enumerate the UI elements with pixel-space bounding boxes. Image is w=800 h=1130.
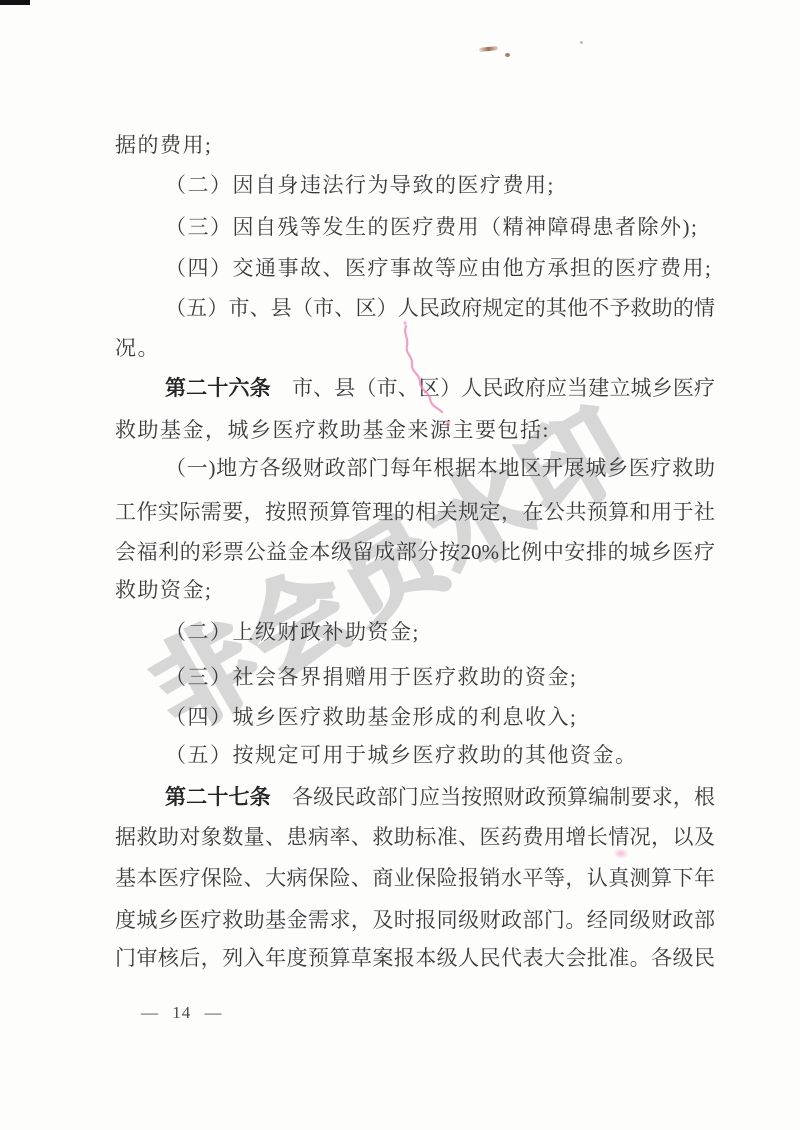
text-line: 基本医疗保险、大病保险、商业保险报销水平等，认真测算下年	[115, 858, 715, 898]
scan-corner-mark	[0, 0, 30, 5]
text-line: 门审核后，列入年度预算草案报本级人民代表大会批准。各级民	[115, 938, 715, 978]
text-line: （四）城乡医疗救助基金形成的利息收入;	[115, 697, 715, 737]
stain-speck	[580, 41, 583, 44]
text-line: 据的费用;	[115, 125, 715, 165]
text-line: （五）市、县（市、区）人民政府规定的其他不予救助的情	[115, 288, 715, 328]
text-line: 会福利的彩票公益金本级留成部分按20%比例中安排的城乡医疗	[115, 532, 715, 572]
text-line: （五）按规定可用于城乡医疗救助的其他资金。	[115, 735, 715, 775]
stain-speck	[479, 46, 498, 52]
text-line: 据救助对象数量、患病率、救助标准、医药费用增长情况，以及	[115, 817, 715, 857]
stain-speck	[505, 53, 510, 57]
article-number: 第二十六条	[165, 376, 271, 400]
text-line article-heading-line: 第二十七条 各级民政部门应当按照财政预算编制要求，根	[115, 777, 715, 817]
text-line: （一)地方各级财政部门每年根据本地区开展城乡医疗救助	[115, 448, 715, 488]
text-line: 况。	[115, 328, 715, 368]
article-number: 第二十七条	[165, 785, 271, 809]
text-line: （二）上级财政补助资金;	[115, 612, 715, 652]
text-line: （四）交通事故、医疗事故等应由他方承担的医疗费用;	[115, 248, 715, 288]
text-line: （三）因自残等发生的医疗费用（精神障碍患者除外);	[115, 207, 715, 247]
text-line: 救助基金，城乡医疗救助基金来源主要包括:	[115, 410, 715, 450]
text-line: 度城乡医疗救助基金需求，及时报同级财政部门。经同级财政部	[115, 900, 715, 940]
page-number: — 14 —	[141, 1000, 223, 1026]
text-line: （二）因自身违法行为导致的医疗费用;	[115, 165, 715, 205]
text-line: 工作实际需要，按照预算管理的相关规定，在公共预算和用于社	[115, 492, 715, 532]
text-line: 救助资金;	[115, 570, 715, 610]
text-line: （三）社会各界捐赠用于医疗救助的资金;	[115, 657, 715, 697]
text-line article-heading-line: 第二十六条 市、县（市、区）人民政府应当建立城乡医疗	[115, 368, 715, 408]
document-page: 非会员水印 据的费用; （二）因自身违法行为导致的医疗费用; （三）因自残等发生…	[0, 0, 800, 1130]
